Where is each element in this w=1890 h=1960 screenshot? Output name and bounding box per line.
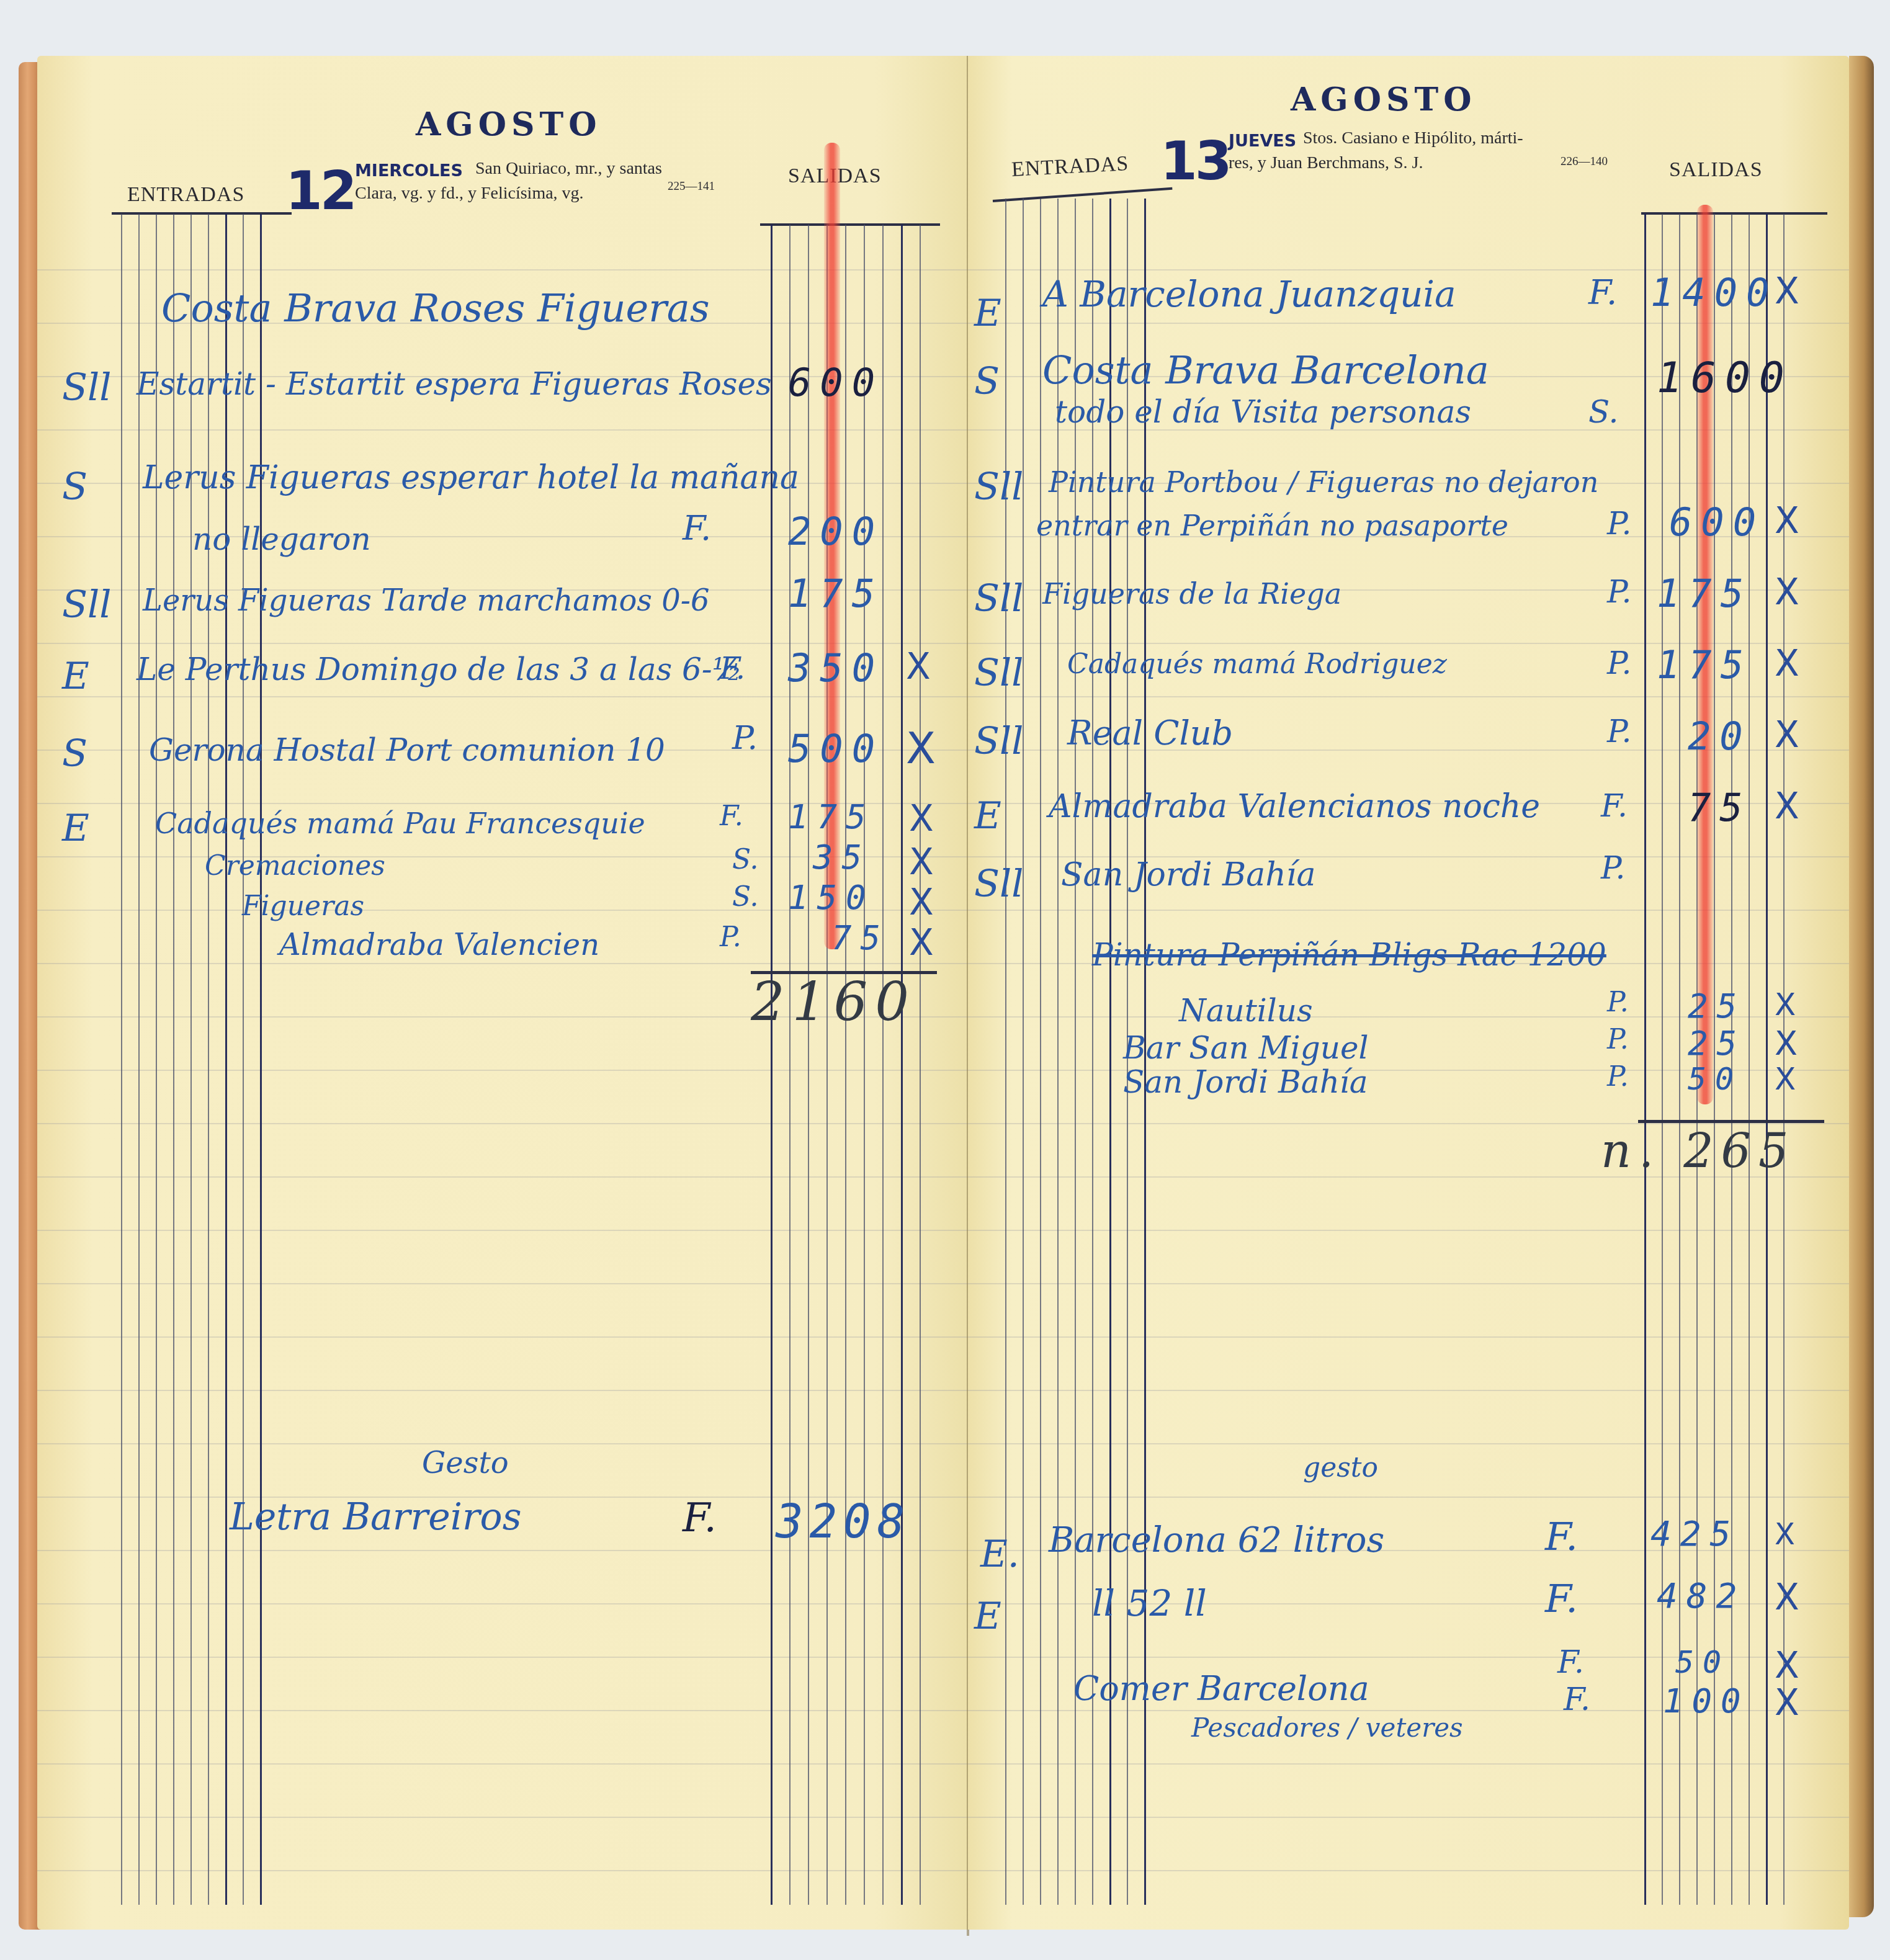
entry-amount: 425: [1650, 1514, 1739, 1554]
entry-amount: 75: [831, 918, 889, 957]
saints-line-1: Stos. Casiano e Hipólito, márti-: [1303, 127, 1523, 150]
entry-mark: F.: [1601, 788, 1628, 824]
check-mark-icon: X: [1775, 1644, 1799, 1686]
saints-line-2: Clara, vg. y fd., y Felicísima, vg.: [355, 182, 584, 205]
salidas-label: SALIDAS: [1669, 158, 1763, 182]
entry-text: San Jordi Bahía: [1061, 856, 1315, 893]
entry-mark: P.: [1607, 506, 1631, 542]
entry-text: no llegaron: [192, 521, 371, 557]
check-mark-icon: X: [906, 723, 936, 774]
entry-mark: F.: [1588, 273, 1617, 312]
entry-code: S: [62, 465, 87, 509]
entry-mark: P.: [1607, 1061, 1629, 1093]
entry-amount: 25: [1688, 1024, 1745, 1063]
entry-mark: F.: [720, 800, 743, 832]
entry-mark: F.: [683, 509, 711, 548]
check-mark-icon: X: [1775, 1517, 1795, 1552]
check-mark-icon: X: [906, 645, 931, 687]
saints-line-1: San Quiriaco, mr., y santas: [475, 158, 662, 180]
bottom-entry-mark: F.: [683, 1495, 717, 1541]
entry-amount: 175: [788, 571, 884, 616]
entry-code: E: [974, 1595, 1001, 1638]
check-mark-icon: X: [1775, 785, 1799, 827]
entry-code: E: [974, 794, 1001, 838]
entry-code: E: [62, 807, 89, 850]
entry-text: Real Club: [1067, 714, 1233, 753]
entry-amount: 20: [1688, 714, 1752, 759]
entry-text: Gerona Hostal Port comunion 10: [149, 732, 665, 768]
note-label: Gesto: [422, 1446, 509, 1480]
entry-code: Sll: [974, 465, 1023, 509]
check-mark-icon: X: [1775, 1024, 1798, 1063]
day-name: JUEVES: [1229, 132, 1296, 151]
left-page: AGOSTO ENTRADAS 12 MIERCOLES San Quiriac…: [37, 56, 968, 1930]
check-mark-icon: X: [1775, 1681, 1799, 1724]
entry-text: Almadraba Valencien: [279, 928, 599, 962]
entry-text: todo el día Visita personas: [1055, 394, 1471, 430]
entry-mark: S.: [1588, 394, 1618, 430]
entry-mark: F.: [1557, 1644, 1584, 1680]
entry-code: E: [62, 655, 89, 698]
entry-code: E: [974, 292, 1001, 335]
entry-mark: P.: [1601, 850, 1625, 886]
bottom-entry-text: Letra Barreiros: [230, 1495, 522, 1539]
entry-code: Sll: [974, 720, 1023, 763]
entry-amount: 200: [788, 509, 884, 554]
entry-amount: 175: [1657, 642, 1752, 687]
entry-code: Sll: [62, 366, 111, 409]
entry-mark: S.: [732, 881, 759, 913]
entry-text: Figueras de la Riega: [1042, 577, 1341, 611]
check-mark-icon: X: [1775, 1576, 1799, 1618]
entry-amount: 75: [1688, 785, 1752, 830]
check-mark-icon: X: [909, 797, 934, 839]
entry-text: ll 52 ll: [1092, 1582, 1207, 1624]
entry-amount: 175: [1657, 571, 1752, 616]
entry-amount: 50: [1675, 1644, 1730, 1680]
entry-mark: F.: [1545, 1514, 1578, 1559]
entry-code: Sll: [62, 583, 111, 627]
entry-amount: 1600: [1657, 354, 1793, 403]
entradas-label: ENTRADAS: [1011, 152, 1129, 182]
entry-amount: 175: [788, 797, 875, 836]
entry-mark: F.: [720, 651, 745, 686]
check-mark-icon: X: [1775, 642, 1799, 684]
entradas-label: ENTRADAS: [127, 183, 244, 207]
entry-text: Pintura Portbou / Figueras no dejaron: [1049, 465, 1598, 499]
entry-code: S: [974, 360, 1000, 403]
entry-mark: P.: [732, 720, 758, 757]
entry-code: Sll: [974, 862, 1023, 906]
entry-code: E.: [980, 1533, 1019, 1576]
entry-amount: 600: [1669, 499, 1765, 545]
entry-text: Nautilus: [1179, 993, 1313, 1029]
entry-text: Figueras: [242, 890, 364, 922]
entry-code: Sll: [974, 577, 1023, 620]
month-title: AGOSTO: [1291, 81, 1477, 119]
entry-text: Lerus Figueras esperar hotel la mañana: [143, 459, 799, 496]
entry-text: entrar en Perpiñán no pasaporte: [1036, 509, 1508, 542]
entry-mark: P.: [1607, 1024, 1629, 1055]
entry-text: Cadaqués mamá Rodriguez: [1067, 648, 1447, 680]
subtotal: 2160: [751, 971, 916, 1033]
entry-text: Pescadores / veteres: [1191, 1712, 1463, 1743]
entry-mark: S.: [732, 844, 759, 875]
entry-text: Almadraba Valencianos noche: [1049, 788, 1540, 825]
entry-mark: P.: [1607, 645, 1631, 681]
day-name: MIERCOLES: [355, 161, 463, 181]
check-mark-icon: X: [909, 841, 934, 883]
saints-line-2: res, y Juan Berchmans, S. J.: [1229, 152, 1423, 174]
entry-code: S: [62, 732, 87, 776]
entry-amount: 600: [788, 360, 884, 405]
entry-amount: 100: [1663, 1681, 1750, 1721]
entry-text: Barcelona 62 litros: [1049, 1520, 1384, 1560]
entry-amount: 25: [1688, 987, 1745, 1026]
entry-mark: F.: [1564, 1681, 1590, 1717]
entry-mark: F.: [1545, 1576, 1578, 1621]
day-number: 13: [1160, 130, 1230, 192]
entry-text: Cremaciones: [205, 850, 385, 882]
entry-mark: P.: [1607, 714, 1631, 750]
check-mark-icon: X: [1775, 714, 1799, 756]
note-label: gesto: [1303, 1452, 1378, 1483]
entry-code: Sll: [974, 651, 1023, 695]
page-edges-right: [1849, 56, 1874, 1917]
entry-text: Costa Brava Barcelona: [1042, 347, 1489, 393]
subtotal: n. 265: [1601, 1123, 1796, 1178]
entry-text: Comer Barcelona: [1073, 1669, 1369, 1708]
day-of-year: 226—140: [1561, 155, 1608, 169]
bottom-entry-amount: 3208: [776, 1495, 911, 1549]
entry-amount: 35: [813, 838, 871, 877]
entry-amount: 50: [1688, 1061, 1742, 1097]
entry-amount: 1400: [1650, 270, 1778, 315]
entry-text: Costa Brava Roses Figueras: [161, 285, 710, 331]
entry-text: A Barcelona Juanzquia: [1042, 273, 1456, 315]
entry-amount: 482: [1657, 1576, 1745, 1616]
check-mark-icon: X: [1775, 270, 1799, 312]
day-of-year: 225—141: [668, 180, 715, 194]
month-title: AGOSTO: [416, 105, 602, 143]
entry-mark: P.: [720, 921, 741, 953]
check-mark-icon: X: [1775, 571, 1799, 613]
open-ledger-book: AGOSTO ENTRADAS 12 MIERCOLES San Quiriac…: [19, 56, 1874, 1936]
entry-text: Le Perthus Domingo de las 3 a las 6-½: [137, 651, 742, 687]
check-mark-icon: X: [909, 921, 934, 964]
struck-entry-text: Pintura Perpiñán Bligs Rac 1200: [1092, 937, 1606, 973]
entry-amount: 350: [788, 645, 884, 691]
entry-amount: 150: [788, 878, 875, 917]
check-mark-icon: X: [1775, 499, 1799, 542]
day-number: 12: [285, 160, 355, 222]
check-mark-icon: X: [909, 881, 934, 923]
check-mark-icon: X: [1775, 1061, 1796, 1097]
entry-amount: 500: [788, 726, 884, 771]
right-page: AGOSTO ENTRADAS 13 JUEVES Stos. Casiano …: [968, 56, 1849, 1930]
entry-mark: P.: [1607, 987, 1629, 1018]
entry-mark: P.: [1607, 574, 1631, 610]
check-mark-icon: X: [1775, 987, 1796, 1023]
entry-text: Bar San Miguel: [1123, 1030, 1368, 1066]
entry-text: Cadaqués mamá Pau Francesquie: [155, 807, 645, 840]
entry-text: Lerus Figueras Tarde marchamos 0-6: [143, 583, 710, 618]
entry-text: Estartit - Estartit espera Figueras Rose…: [137, 366, 772, 402]
entry-text: San Jordi Bahía: [1123, 1064, 1368, 1100]
